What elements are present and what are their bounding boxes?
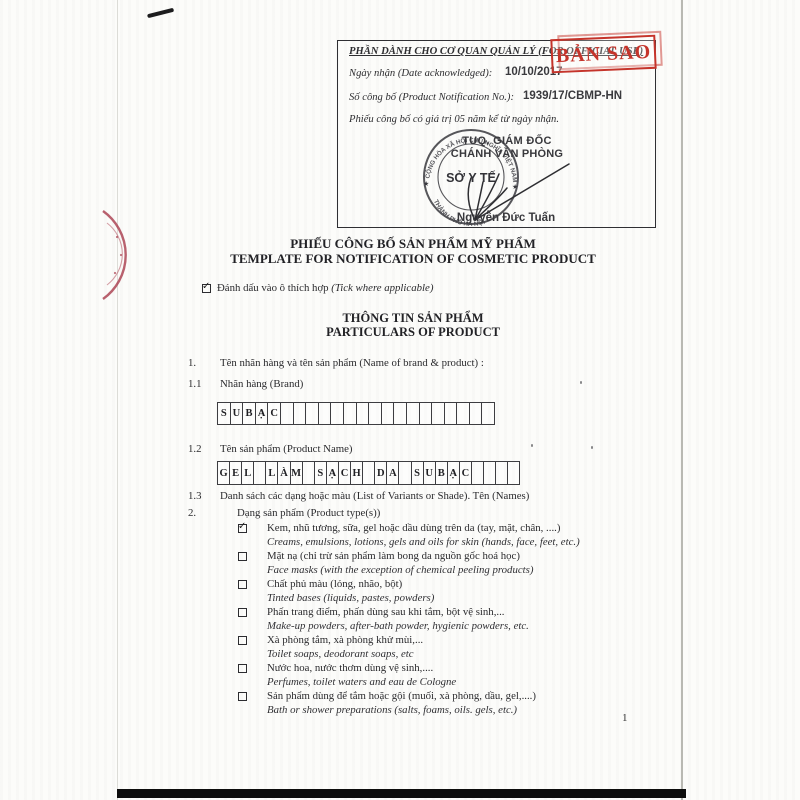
q1-2-label: Tên sản phẩm (Product Name) — [220, 443, 353, 455]
letter-cell[interactable] — [481, 402, 495, 425]
seal-star-right-icon: ★ — [512, 183, 518, 191]
product-type-label-en: Make-up powders, after-bath powder, hygi… — [267, 619, 529, 633]
round-seal: CỘNG HÒA XÃ HỘI CHỦ NGHĨA VIỆT NAM THÀNH… — [388, 112, 598, 247]
letter-cell[interactable] — [318, 402, 332, 425]
q1-1-number: 1.1 — [188, 378, 202, 390]
approver-name: Nguyễn Đức Tuấn — [430, 212, 582, 224]
product-type-item: ✓Kem, nhũ tương, sữa, gel hoặc dầu dùng … — [238, 521, 668, 549]
copy-stamp: BẢN SAO — [550, 35, 656, 74]
ink-speck — [580, 381, 582, 384]
product-type-item: Xà phòng tắm, xà phòng khử mùi,...Toilet… — [238, 633, 668, 661]
letter-cell[interactable] — [456, 402, 470, 425]
product-type-label-en: Toilet soaps, deodorant soaps, etc — [267, 647, 423, 661]
page-edge-left — [117, 0, 118, 800]
product-name-letter-boxes[interactable]: GELLÀMSẠCHDASUBẠC — [218, 461, 520, 485]
checkbox-empty-icon[interactable] — [238, 552, 247, 561]
checkbox-empty-icon[interactable] — [238, 580, 247, 589]
document-title-en: TEMPLATE FOR NOTIFICATION OF COSMETIC PR… — [130, 252, 696, 267]
document-title: PHIẾU CÔNG BỐ SẢN PHẨM MỸ PHẨM TEMPLATE … — [130, 237, 696, 266]
product-type-label-en: Face masks (with the exception of chemic… — [267, 563, 533, 577]
date-acknowledged-label: Ngày nhận (Date acknowledged): — [349, 68, 492, 79]
letter-cell[interactable] — [419, 402, 433, 425]
tick-note-text: Đánh dấu vào ô thích hợp (Tick where app… — [217, 282, 433, 294]
q1-3-label: Danh sách các dạng hoặc màu (List of Var… — [220, 490, 529, 502]
product-type-item: Phấn trang điểm, phấn dùng sau khi tắm, … — [238, 605, 668, 633]
q1-3-number: 1.3 — [188, 490, 202, 502]
document-title-vi: PHIẾU CÔNG BỐ SẢN PHẨM MỸ PHẨM — [130, 237, 696, 252]
product-type-label-vi: Phấn trang điểm, phấn dùng sau khi tắm, … — [267, 605, 529, 619]
letter-cell[interactable]: U — [230, 402, 244, 425]
checkbox-empty-icon[interactable] — [238, 692, 247, 701]
checkbox-empty-icon[interactable] — [238, 608, 247, 617]
section-heading-en: PARTICULARS OF PRODUCT — [130, 325, 696, 339]
notification-no-value: 1939/17/CBMP-HN — [523, 90, 622, 102]
product-type-label-vi: Chất phủ màu (lỏng, nhão, bột) — [267, 577, 434, 591]
brand-letter-boxes[interactable]: SUBẠC — [218, 402, 495, 425]
approver-title-line1: TUQ. GIÁM ĐỐC — [432, 135, 582, 147]
checkbox-checked-icon: ✓ — [202, 284, 211, 293]
q1-2-number: 1.2 — [188, 443, 202, 455]
letter-cell[interactable]: Ạ — [255, 402, 269, 425]
product-type-label-vi: Sản phẩm dùng để tắm hoặc gội (muối, xà … — [267, 689, 536, 703]
letter-cell[interactable] — [406, 402, 420, 425]
product-type-label-en: Perfumes, toilet waters and eau de Colog… — [267, 675, 456, 689]
product-type-label-vi: Mặt nạ (chỉ trừ sản phẩm làm bong da ngu… — [267, 549, 533, 563]
product-type-item: Chất phủ màu (lỏng, nhão, bột)Tinted bas… — [238, 577, 668, 605]
scanned-document: PHẦN DÀNH CHO CƠ QUAN QUẢN LÝ (FOR OFFIC… — [0, 0, 800, 800]
letter-cell[interactable] — [507, 461, 520, 485]
letter-cell[interactable]: B — [242, 402, 256, 425]
product-type-label-vi: Nước hoa, nước thơm dùng vệ sinh,.... — [267, 661, 456, 675]
page-edge-right — [681, 0, 683, 800]
product-type-label-en: Tinted bases (liquids, pastes, powders) — [267, 591, 434, 605]
product-type-list: ✓Kem, nhũ tương, sữa, gel hoặc dầu dùng … — [238, 521, 668, 717]
seal-star-left-icon: ★ — [423, 180, 429, 188]
notification-no-label: Số công bố (Product Notification No.): — [349, 92, 514, 103]
letter-cell[interactable] — [393, 402, 407, 425]
letter-cell[interactable] — [368, 402, 382, 425]
checkbox-empty-icon[interactable] — [238, 664, 247, 673]
product-type-label-en: Bath or shower preparations (salts, foam… — [267, 703, 536, 717]
page-number: 1 — [622, 712, 628, 724]
partial-red-stamp-icon — [97, 207, 145, 305]
letter-cell[interactable]: S — [217, 402, 231, 425]
ink-speck — [591, 446, 593, 449]
ink-speck — [531, 444, 533, 447]
scan-black-bar — [117, 789, 686, 798]
letter-cell[interactable] — [305, 402, 319, 425]
letter-cell[interactable] — [431, 402, 445, 425]
letter-cell[interactable] — [293, 402, 307, 425]
letter-cell[interactable] — [444, 402, 458, 425]
letter-cell[interactable] — [280, 402, 294, 425]
letter-cell[interactable] — [330, 402, 344, 425]
checkbox-checked-icon[interactable]: ✓ — [238, 524, 247, 533]
q1-number: 1. — [188, 357, 196, 369]
letter-cell[interactable] — [469, 402, 483, 425]
product-type-label-en: Creams, emulsions, lotions, gels and oil… — [267, 535, 580, 549]
q1-label: Tên nhãn hàng và tên sản phẩm (Name of b… — [220, 357, 484, 369]
letter-cell[interactable] — [356, 402, 370, 425]
letter-cell[interactable]: C — [267, 402, 281, 425]
product-type-item: Nước hoa, nước thơm dùng vệ sinh,....Per… — [238, 661, 668, 689]
checkbox-empty-icon[interactable] — [238, 636, 247, 645]
q2-label: Dạng sản phẩm (Product type(s)) — [237, 507, 380, 519]
product-type-item: Sản phẩm dùng để tắm hoặc gội (muối, xà … — [238, 689, 668, 717]
approver-title-line2: CHÁNH VĂN PHÒNG — [425, 148, 589, 160]
product-type-label-vi: Kem, nhũ tương, sữa, gel hoặc dầu dùng t… — [267, 521, 580, 535]
tick-note: ✓ Đánh dấu vào ô thích hợp (Tick where a… — [202, 282, 433, 294]
q2-number: 2. — [188, 507, 196, 519]
product-type-label-vi: Xà phòng tắm, xà phòng khử mùi,... — [267, 633, 423, 647]
letter-cell[interactable] — [381, 402, 395, 425]
letter-cell[interactable] — [343, 402, 357, 425]
section-heading-vi: THÔNG TIN SẢN PHẨM — [130, 311, 696, 325]
product-type-item: Mặt nạ (chỉ trừ sản phẩm làm bong da ngu… — [238, 549, 668, 577]
q1-1-label: Nhãn hàng (Brand) — [220, 378, 303, 390]
section-heading: THÔNG TIN SẢN PHẨM PARTICULARS OF PRODUC… — [130, 311, 696, 339]
